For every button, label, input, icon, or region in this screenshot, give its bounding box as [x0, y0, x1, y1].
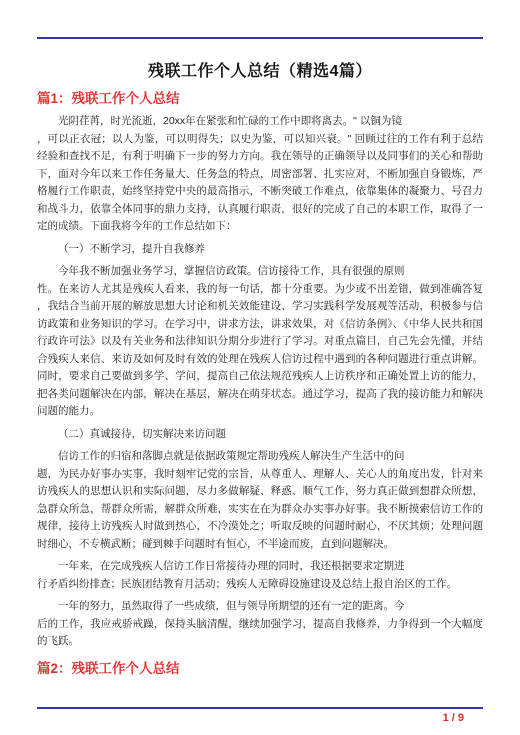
page-title: 残联工作个人总结（精选4篇） [37, 62, 483, 81]
document-content: 残联工作个人总结（精选4篇） 篇1：残联工作个人总结 光阴荏苒，时光流逝，20x… [37, 50, 483, 683]
page-number: 1 / 9 [443, 712, 464, 725]
paragraph-learning: 今年我不断加强业务学习，掌握信访政策。信访接待工作，具有很强的原则 性。在来访人… [37, 263, 483, 421]
subheading-reception: （二）真诚接待，切实解决来访问题 [37, 426, 483, 444]
section-heading-part2: 篇2：残联工作个人总结 [37, 661, 483, 677]
paragraph-reception: 信访工作的归宿和落脚点就是依据政策规定帮助残疾人解决生产生活中的问 题，为民办好… [37, 448, 483, 553]
paragraph-outlook: 一年的努力，虽然取得了一些成绩，但与领导所期望的还有一定的距离。今 后的工作，我… [37, 598, 483, 651]
subheading-learning: （一）不断学习，提升自我修养 [37, 241, 483, 259]
bottom-divider-rule [37, 707, 483, 709]
paragraph-routine-work: 一年来，在完成残疾人信访工作日常接待办理的同时，我还根据要求定期进 行矛盾纠纷排… [37, 558, 483, 593]
top-divider-rule [37, 37, 483, 39]
section-heading-part1: 篇1：残联工作个人总结 [37, 91, 483, 107]
document-page: 残联工作个人总结（精选4篇） 篇1：残联工作个人总结 光阴荏苒，时光流逝，20x… [0, 0, 520, 735]
paragraph-intro: 光阴荏苒，时光流逝，20xx年在紧张和忙碌的工作中即将离去。" 以铜为镜 ，可以… [37, 113, 483, 236]
